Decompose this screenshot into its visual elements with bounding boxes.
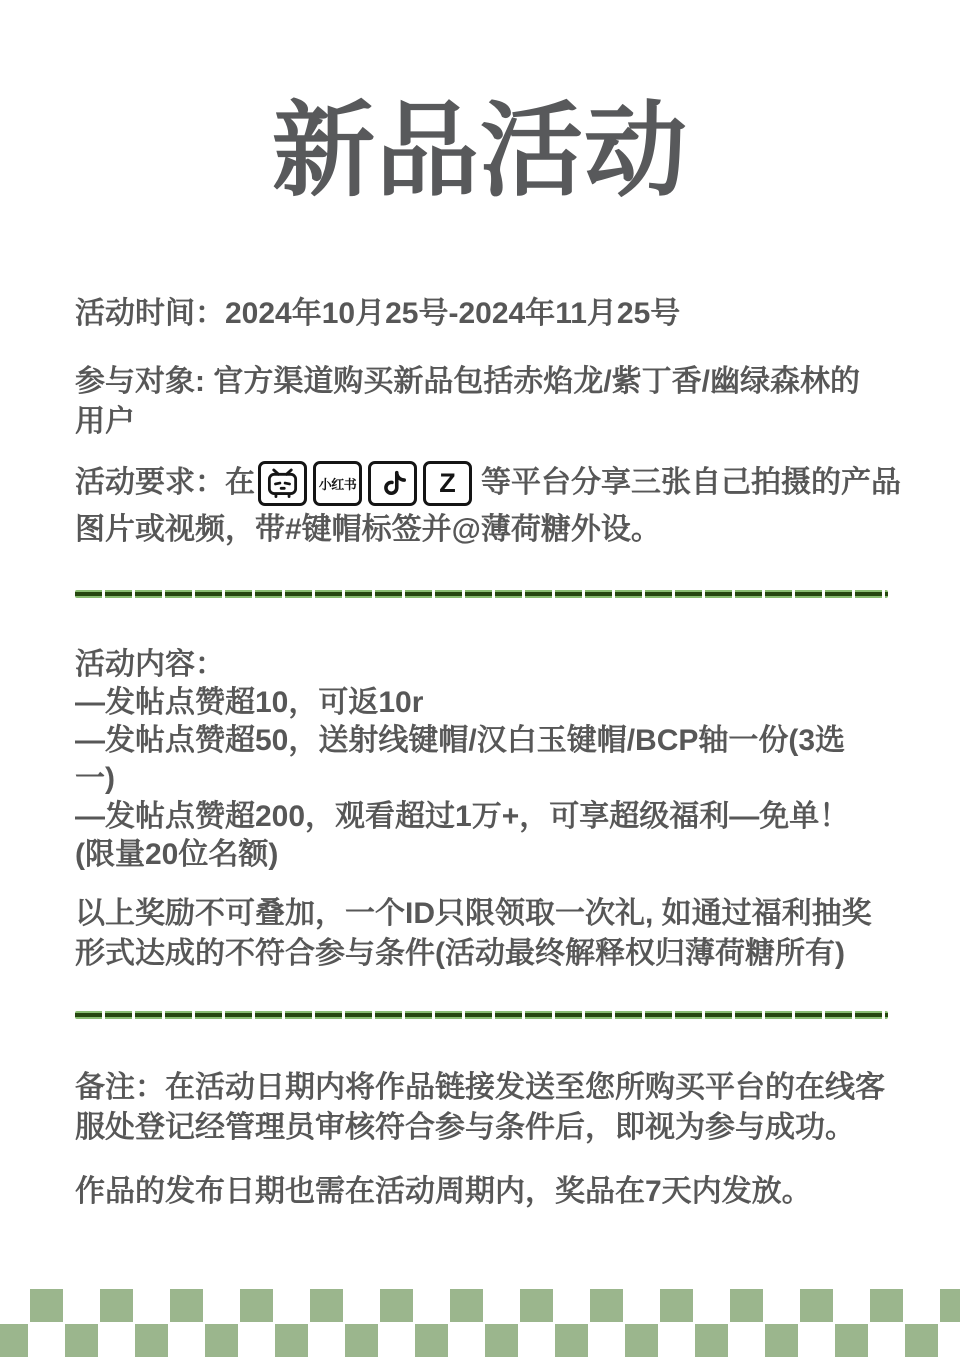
final-note-section: 作品的发布日期也需在活动周期内，奖品在7天内发放。 [75, 1172, 888, 1212]
event-time-text: 活动时间：2024年10月25号-2024年11月25号 [75, 294, 888, 334]
bilibili-icon [258, 461, 307, 506]
dashed-divider-1 [75, 590, 888, 598]
checkerboard-border [0, 1287, 960, 1358]
xiaohongshu-icon-label: 小红书 [319, 474, 357, 493]
disclaimer-section: 以上奖励不可叠加，一个ID只限领取一次礼, 如通过福利抽奖 形式达成的不符合参与… [75, 894, 888, 974]
notes-line-2: 服处登记经管理员审核符合参与条件后，即视为参与成功。 [75, 1108, 888, 1148]
content-line-1: —发帖点赞超10，可返10r [75, 684, 888, 722]
xiaohongshu-icon: 小红书 [313, 461, 362, 506]
content-heading: 活动内容： [75, 646, 888, 684]
requirements-prefix: 活动要求：在 [75, 456, 255, 510]
disclaimer-line-1: 以上奖励不可叠加，一个ID只限领取一次礼, 如通过福利抽奖 [75, 894, 888, 934]
dashed-divider-2 [75, 1011, 888, 1019]
final-note-text: 作品的发布日期也需在活动周期内，奖品在7天内发放。 [75, 1172, 888, 1212]
page-title: 新品活动 [0, 84, 960, 218]
activity-content-section: 活动内容： —发帖点赞超10，可返10r —发帖点赞超50，送射线键帽/汉白玉键… [75, 646, 888, 874]
participants-section: 参与对象: 官方渠道购买新品包括赤焰龙/紫丁香/幽绿森林的 用户 [75, 362, 888, 442]
zhihu-icon-label: Z [439, 470, 456, 497]
requirements-line-2: 图片或视频，带#键帽标签并@薄荷糖外设。 [75, 510, 888, 550]
requirements-section: 活动要求：在 小红书 [75, 456, 888, 550]
notes-line-1: 备注：在活动日期内将作品链接发送至您所购买平台的在线客 [75, 1068, 888, 1108]
content-limit-note: (限量20位名额) [75, 836, 888, 874]
promo-poster: 新品活动 活动时间：2024年10月25号-2024年11月25号 参与对象: … [0, 0, 960, 1358]
douyin-icon [368, 461, 417, 506]
content-line-2: —发帖点赞超50，送射线键帽/汉白玉键帽/BCP轴一份(3选 [75, 722, 888, 760]
notes-section: 备注：在活动日期内将作品链接发送至您所购买平台的在线客 服处登记经管理员审核符合… [75, 1068, 888, 1148]
content-line-3: —发帖点赞超200，观看超过1万+，可享超级福利—免单！ [75, 798, 888, 836]
event-time-section: 活动时间：2024年10月25号-2024年11月25号 [75, 294, 888, 334]
participants-line-2: 用户 [75, 402, 888, 442]
zhihu-icon: Z [423, 461, 472, 506]
content-line-2-wrap: 一) [75, 760, 888, 798]
disclaimer-line-2: 形式达成的不符合参与条件(活动最终解释权归薄荷糖所有) [75, 934, 888, 974]
participants-line-1: 参与对象: 官方渠道购买新品包括赤焰龙/紫丁香/幽绿森林的 [75, 362, 888, 402]
requirements-line-1: 活动要求：在 小红书 [75, 456, 888, 510]
requirements-suffix: 等平台分享三张自己拍摄的产品 [481, 456, 901, 510]
